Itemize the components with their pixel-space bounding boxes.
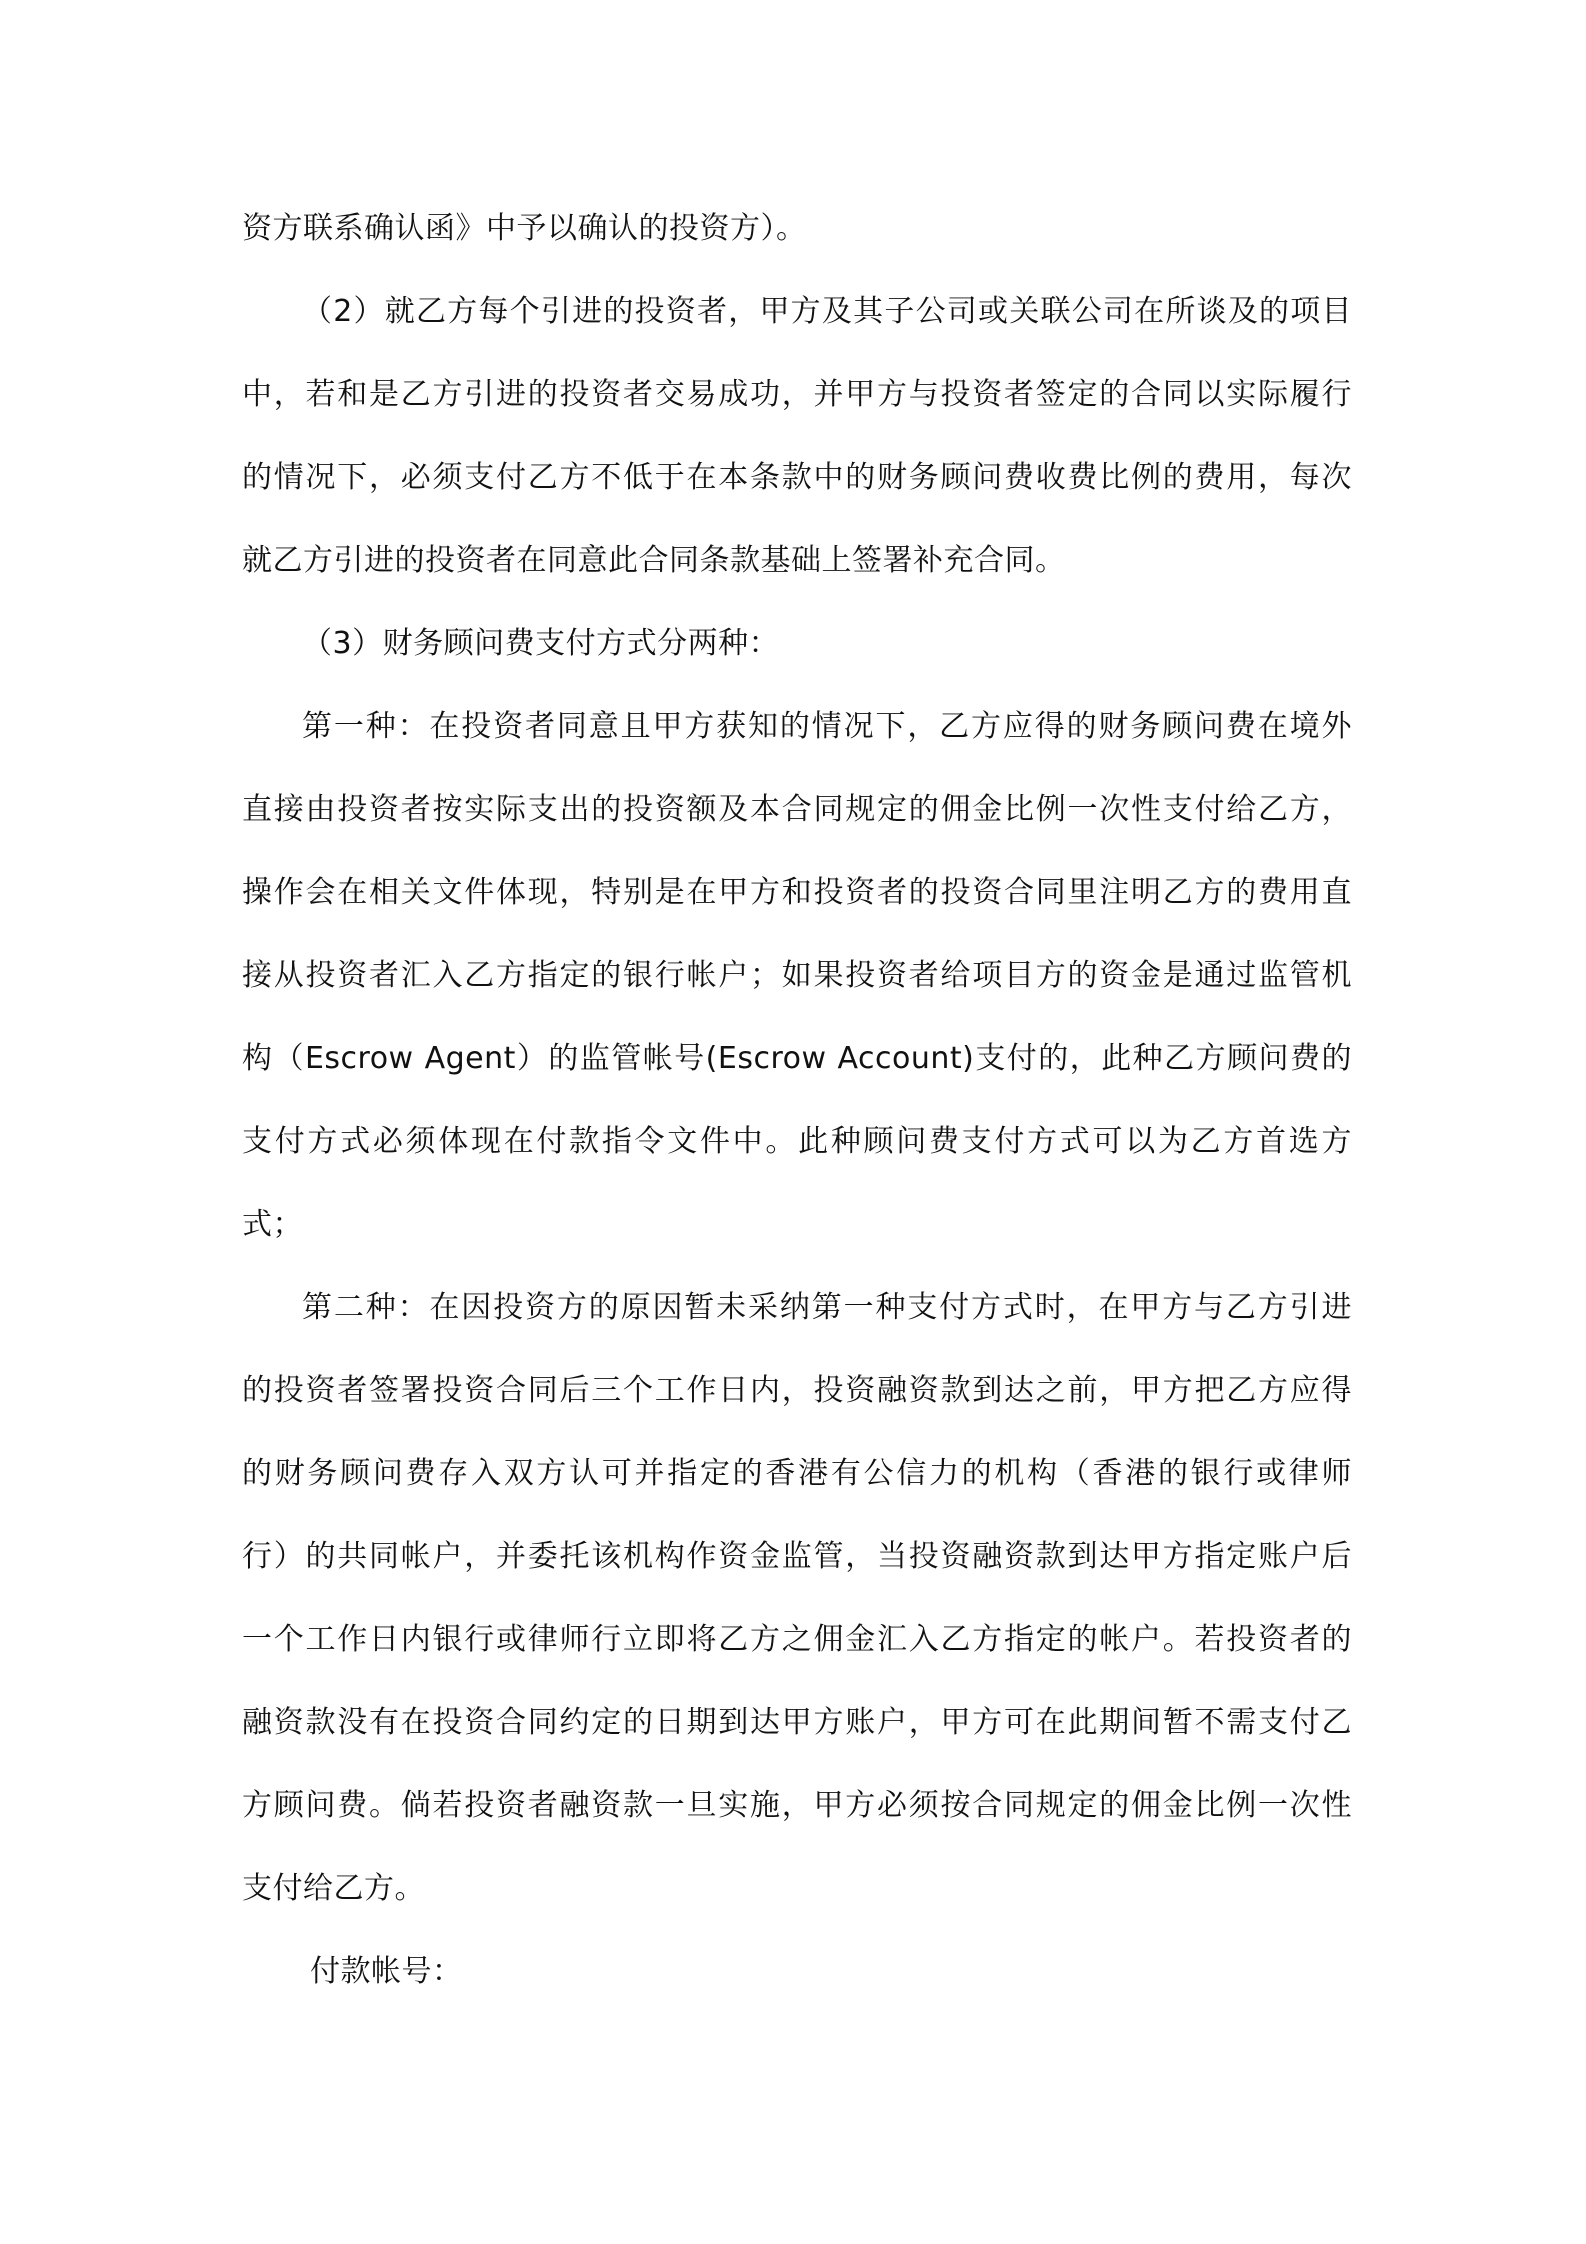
text-line: 操作会在相关文件体现，特别是在甲方和投资者的投资合同里注明乙方的费用直 [242,871,1352,954]
text-line: 构（Escrow Agent）的监管帐号(Escrow Account)支付的，… [242,1037,1352,1120]
text-line: 的财务顾问费存入双方认可并指定的香港有公信力的机构（香港的银行或律师 [242,1452,1352,1535]
text-line: 融资款没有在投资合同约定的日期到达甲方账户，甲方可在此期间暂不需支付乙 [242,1701,1352,1784]
text-line: （2）就乙方每个引进的投资者，甲方及其子公司或关联公司在所谈及的项目 [242,290,1352,373]
text-line: 接从投资者汇入乙方指定的银行帐户；如果投资者给项目方的资金是通过监管机 [242,954,1352,1037]
document-body: 资方联系确认函》中予以确认的投资方）。 （2）就乙方每个引进的投资者，甲方及其子… [242,207,1352,2033]
paragraph-payment-method-1: 第一种：在投资者同意且甲方获知的情况下，乙方应得的财务顾问费在境外 直接由投资者… [242,705,1352,1286]
document-page: 资方联系确认函》中予以确认的投资方）。 （2）就乙方每个引进的投资者，甲方及其子… [0,0,1586,2244]
text-line: 支付方式必须体现在付款指令文件中。此种顾问费支付方式可以为乙方首选方 [242,1120,1352,1203]
text-line: 方顾问费。倘若投资者融资款一旦实施，甲方必须按合同规定的佣金比例一次性 [242,1784,1352,1867]
text-line: 的情况下，必须支付乙方不低于在本条款中的财务顾问费收费比例的费用，每次 [242,456,1352,539]
text-line: 第一种：在投资者同意且甲方获知的情况下，乙方应得的财务顾问费在境外 [242,705,1352,788]
text-line: 行）的共同帐户，并委托该机构作资金监管，当投资融资款到达甲方指定账户后 [242,1535,1352,1618]
text-line: 式； [242,1203,1352,1286]
text-line: （3）财务顾问费支付方式分两种： [242,622,1352,705]
text-line: 一个工作日内银行或律师行立即将乙方之佣金汇入乙方指定的帐户。若投资者的 [242,1618,1352,1701]
paragraph-clause-2: （2）就乙方每个引进的投资者，甲方及其子公司或关联公司在所谈及的项目 中，若和是… [242,290,1352,622]
text-line: 第二种：在因投资方的原因暂未采纳第一种支付方式时，在甲方与乙方引进 [242,1286,1352,1369]
text-line: 支付给乙方。 [242,1867,1352,1950]
payment-account-label: 付款帐号： [242,1950,1352,2033]
text-line: 直接由投资者按实际支出的投资额及本合同规定的佣金比例一次性支付给乙方， [242,788,1352,871]
paragraph-payment-method-2: 第二种：在因投资方的原因暂未采纳第一种支付方式时，在甲方与乙方引进 的投资者签署… [242,1286,1352,1950]
text-line: 就乙方引进的投资者在同意此合同条款基础上签署补充合同。 [242,539,1352,622]
text-line: 的投资者签署投资合同后三个工作日内，投资融资款到达之前，甲方把乙方应得 [242,1369,1352,1452]
text-line: 中，若和是乙方引进的投资者交易成功，并甲方与投资者签定的合同以实际履行 [242,373,1352,456]
text-line: 资方联系确认函》中予以确认的投资方）。 [242,207,1352,290]
paragraph-payment-account: 付款帐号： [242,1950,1352,2033]
paragraph-investor-confirmation-tail: 资方联系确认函》中予以确认的投资方）。 [242,207,1352,290]
paragraph-clause-3: （3）财务顾问费支付方式分两种： [242,622,1352,705]
